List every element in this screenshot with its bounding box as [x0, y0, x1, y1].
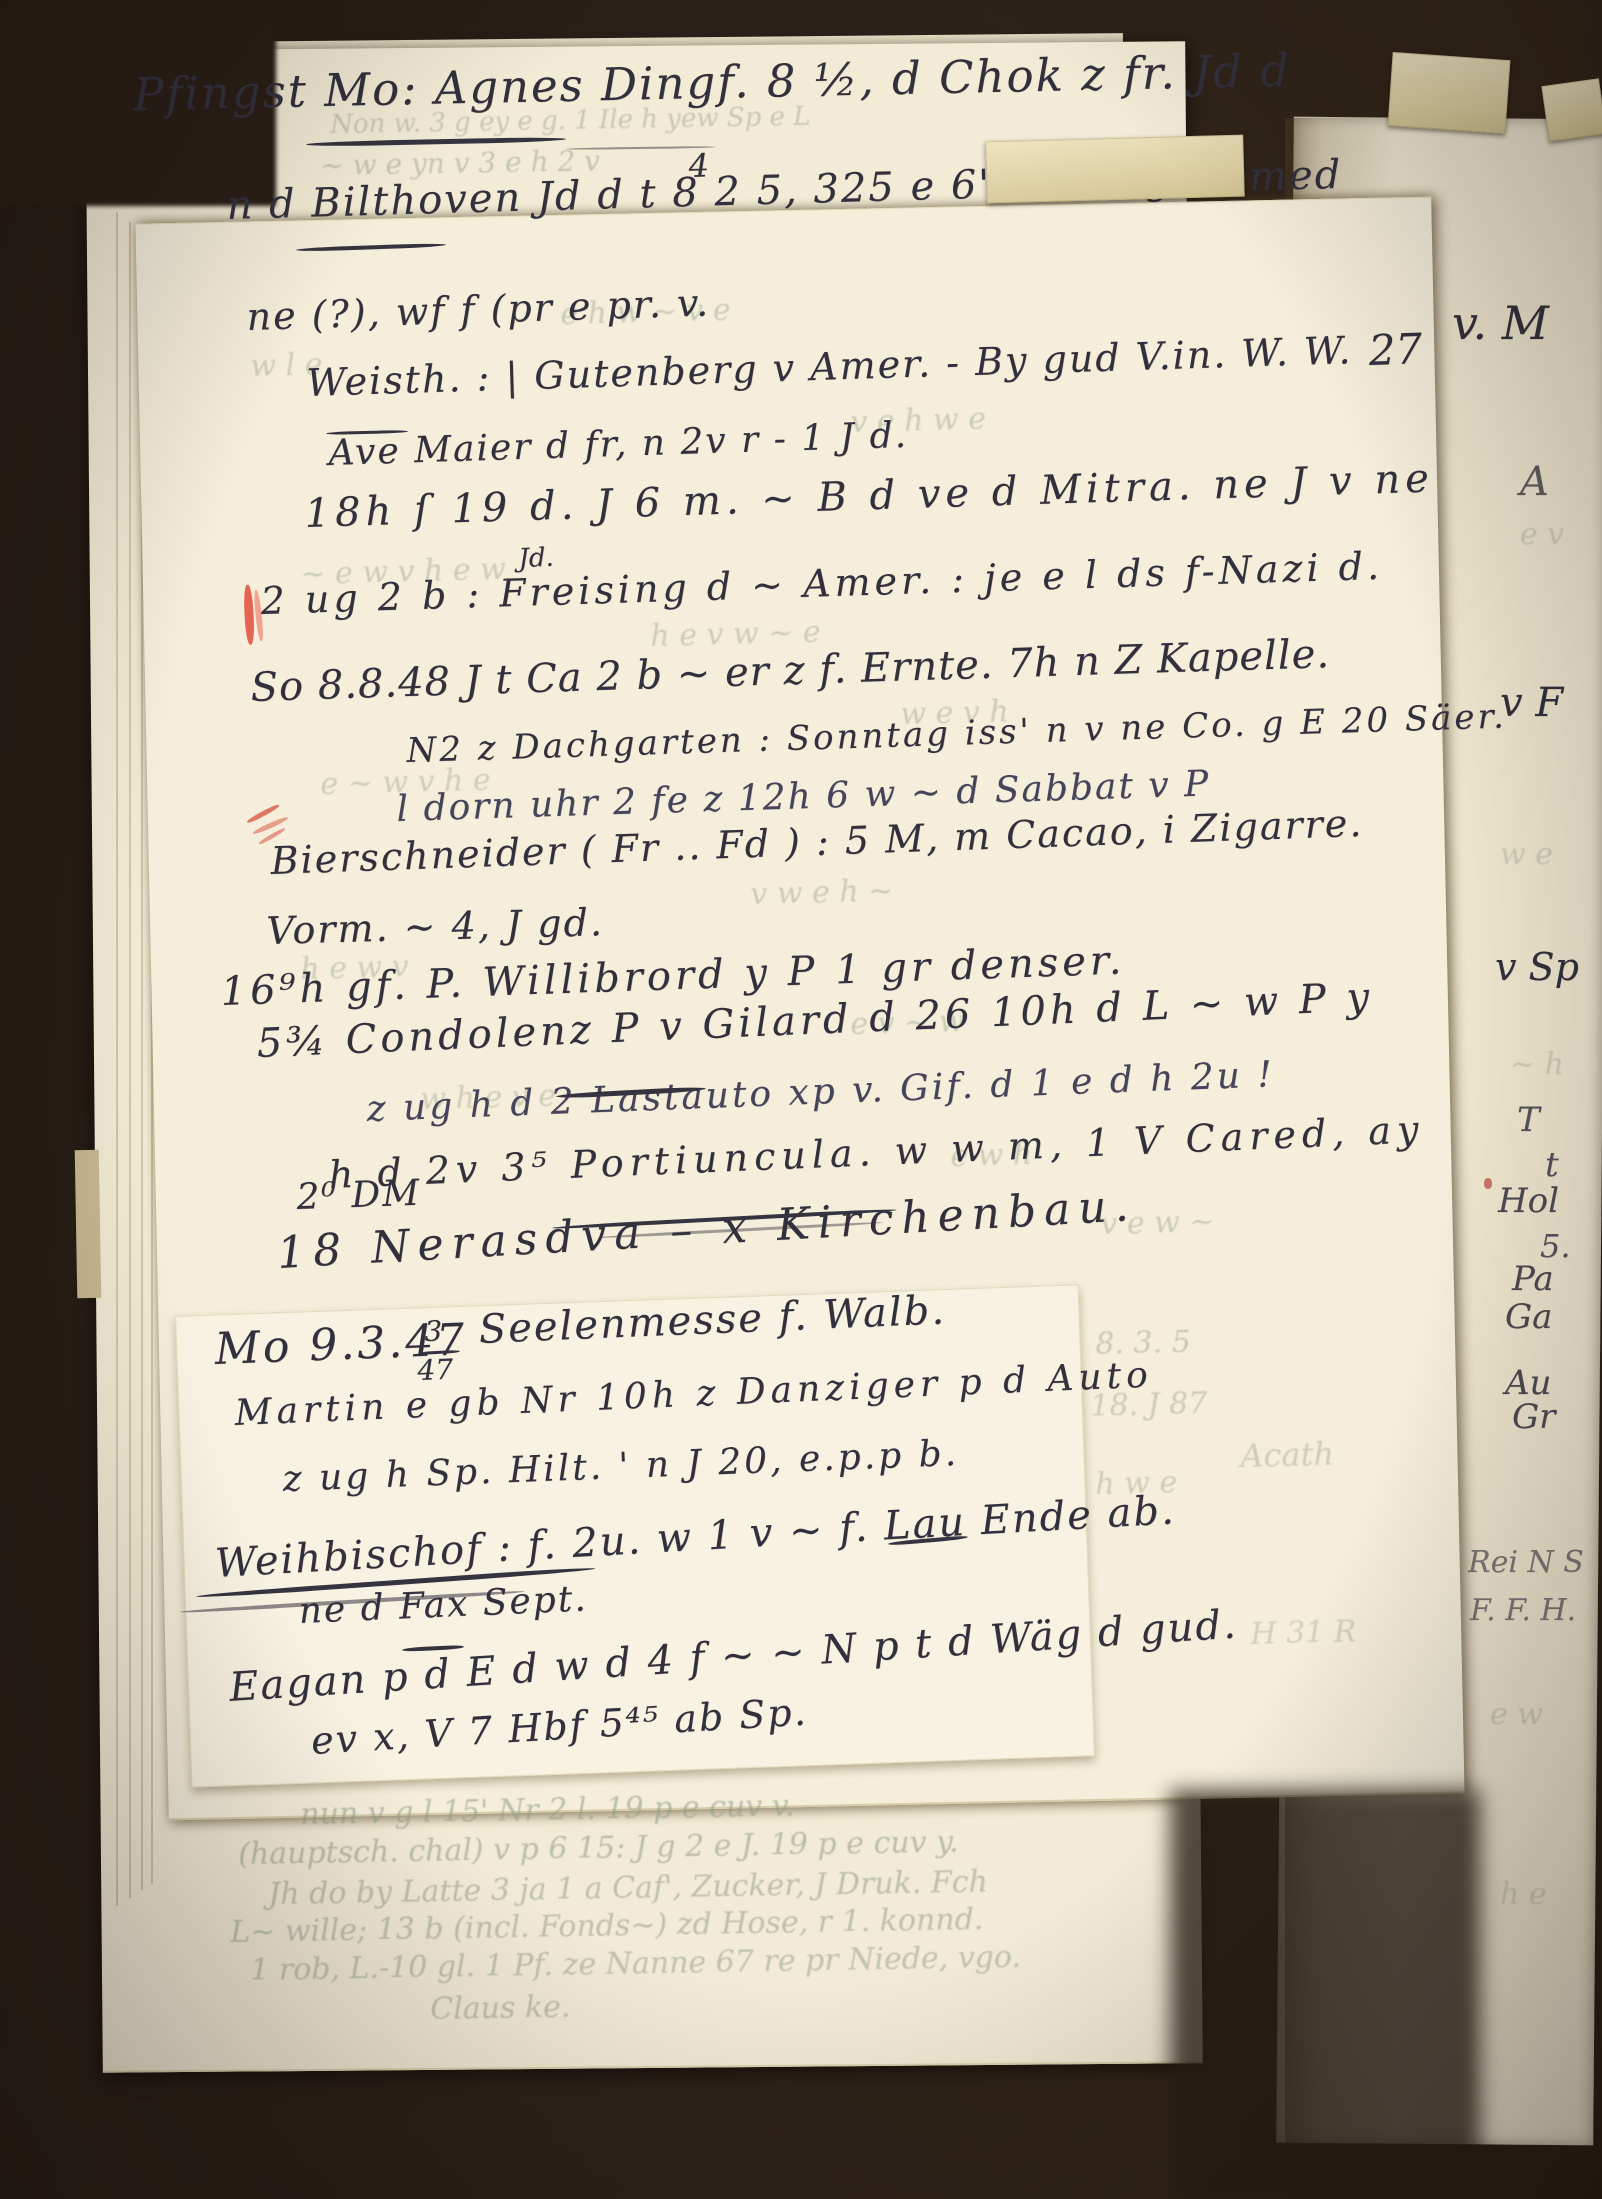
bleedthrough-line: h e v w ~ e: [650, 618, 821, 652]
bleedthrough-line: e w: [1490, 1700, 1543, 1730]
fragment-hol: Hol: [1498, 1184, 1559, 1218]
tape-top-right: [1388, 52, 1511, 134]
line-20dm: 2⁰ DM: [296, 1176, 422, 1216]
frac-numerator: 3: [424, 1317, 443, 1346]
fragment-t2: t: [1545, 1148, 1559, 1182]
bleedthrough-line: ~ h: [1510, 1050, 1564, 1080]
line-vorm: Vorm. ~ 4, J gd.: [266, 903, 604, 950]
fragment-v-m: v. M: [1452, 300, 1549, 346]
fragment-5: 5.: [1540, 1230, 1571, 1262]
bleedthrough-line: Acath: [1240, 1438, 1334, 1472]
fragment-rein-s: Rei N S: [1468, 1548, 1584, 1578]
fragment-v-f: v F: [1500, 683, 1563, 723]
fragment-a: A: [1520, 462, 1549, 502]
bleedthrough-line: e v: [1520, 520, 1564, 550]
book-block-edge: [75, 1150, 102, 1298]
fragment-ffh: F. F. H.: [1470, 1596, 1576, 1626]
frac-denominator: 47: [417, 1356, 454, 1385]
bleedthrough-line: Claus ke.: [430, 1993, 571, 2025]
bleedthrough-line: w e: [1500, 840, 1553, 870]
red-dot-gutter: [1484, 1178, 1492, 1189]
bleedthrough-line: nun v g l 15' Nr 2 l. 19 p e cuv v.: [300, 1791, 795, 1830]
photo-stage: Non w. 3 g ey e g. 1 Ile h yew Sp e L~ w…: [0, 0, 1602, 2199]
sup-jd: Jd.: [518, 545, 554, 572]
stacked-page-edge: [129, 222, 131, 1898]
bleedthrough-line: v w e h ~: [750, 876, 894, 910]
tape-corner-right: [1541, 78, 1602, 142]
bleedthrough-line: H 31 R: [1250, 1617, 1357, 1650]
fragment-ga: Ga: [1505, 1300, 1552, 1334]
fragment-au: Au: [1505, 1366, 1551, 1400]
tape-top-center: [985, 135, 1245, 204]
fragment-v-sp: v Sp: [1495, 948, 1579, 986]
num-27: 27: [1368, 328, 1423, 372]
fragment-pa: Pa: [1512, 1262, 1554, 1296]
bleedthrough-line: h e: [1500, 1880, 1547, 1910]
fragment-gr: Gr: [1512, 1400, 1555, 1434]
stacked-page-edge: [116, 212, 118, 1906]
gutter-shadow-bottom: [1170, 1790, 1480, 2199]
fragment-t1: T: [1517, 1103, 1540, 1137]
